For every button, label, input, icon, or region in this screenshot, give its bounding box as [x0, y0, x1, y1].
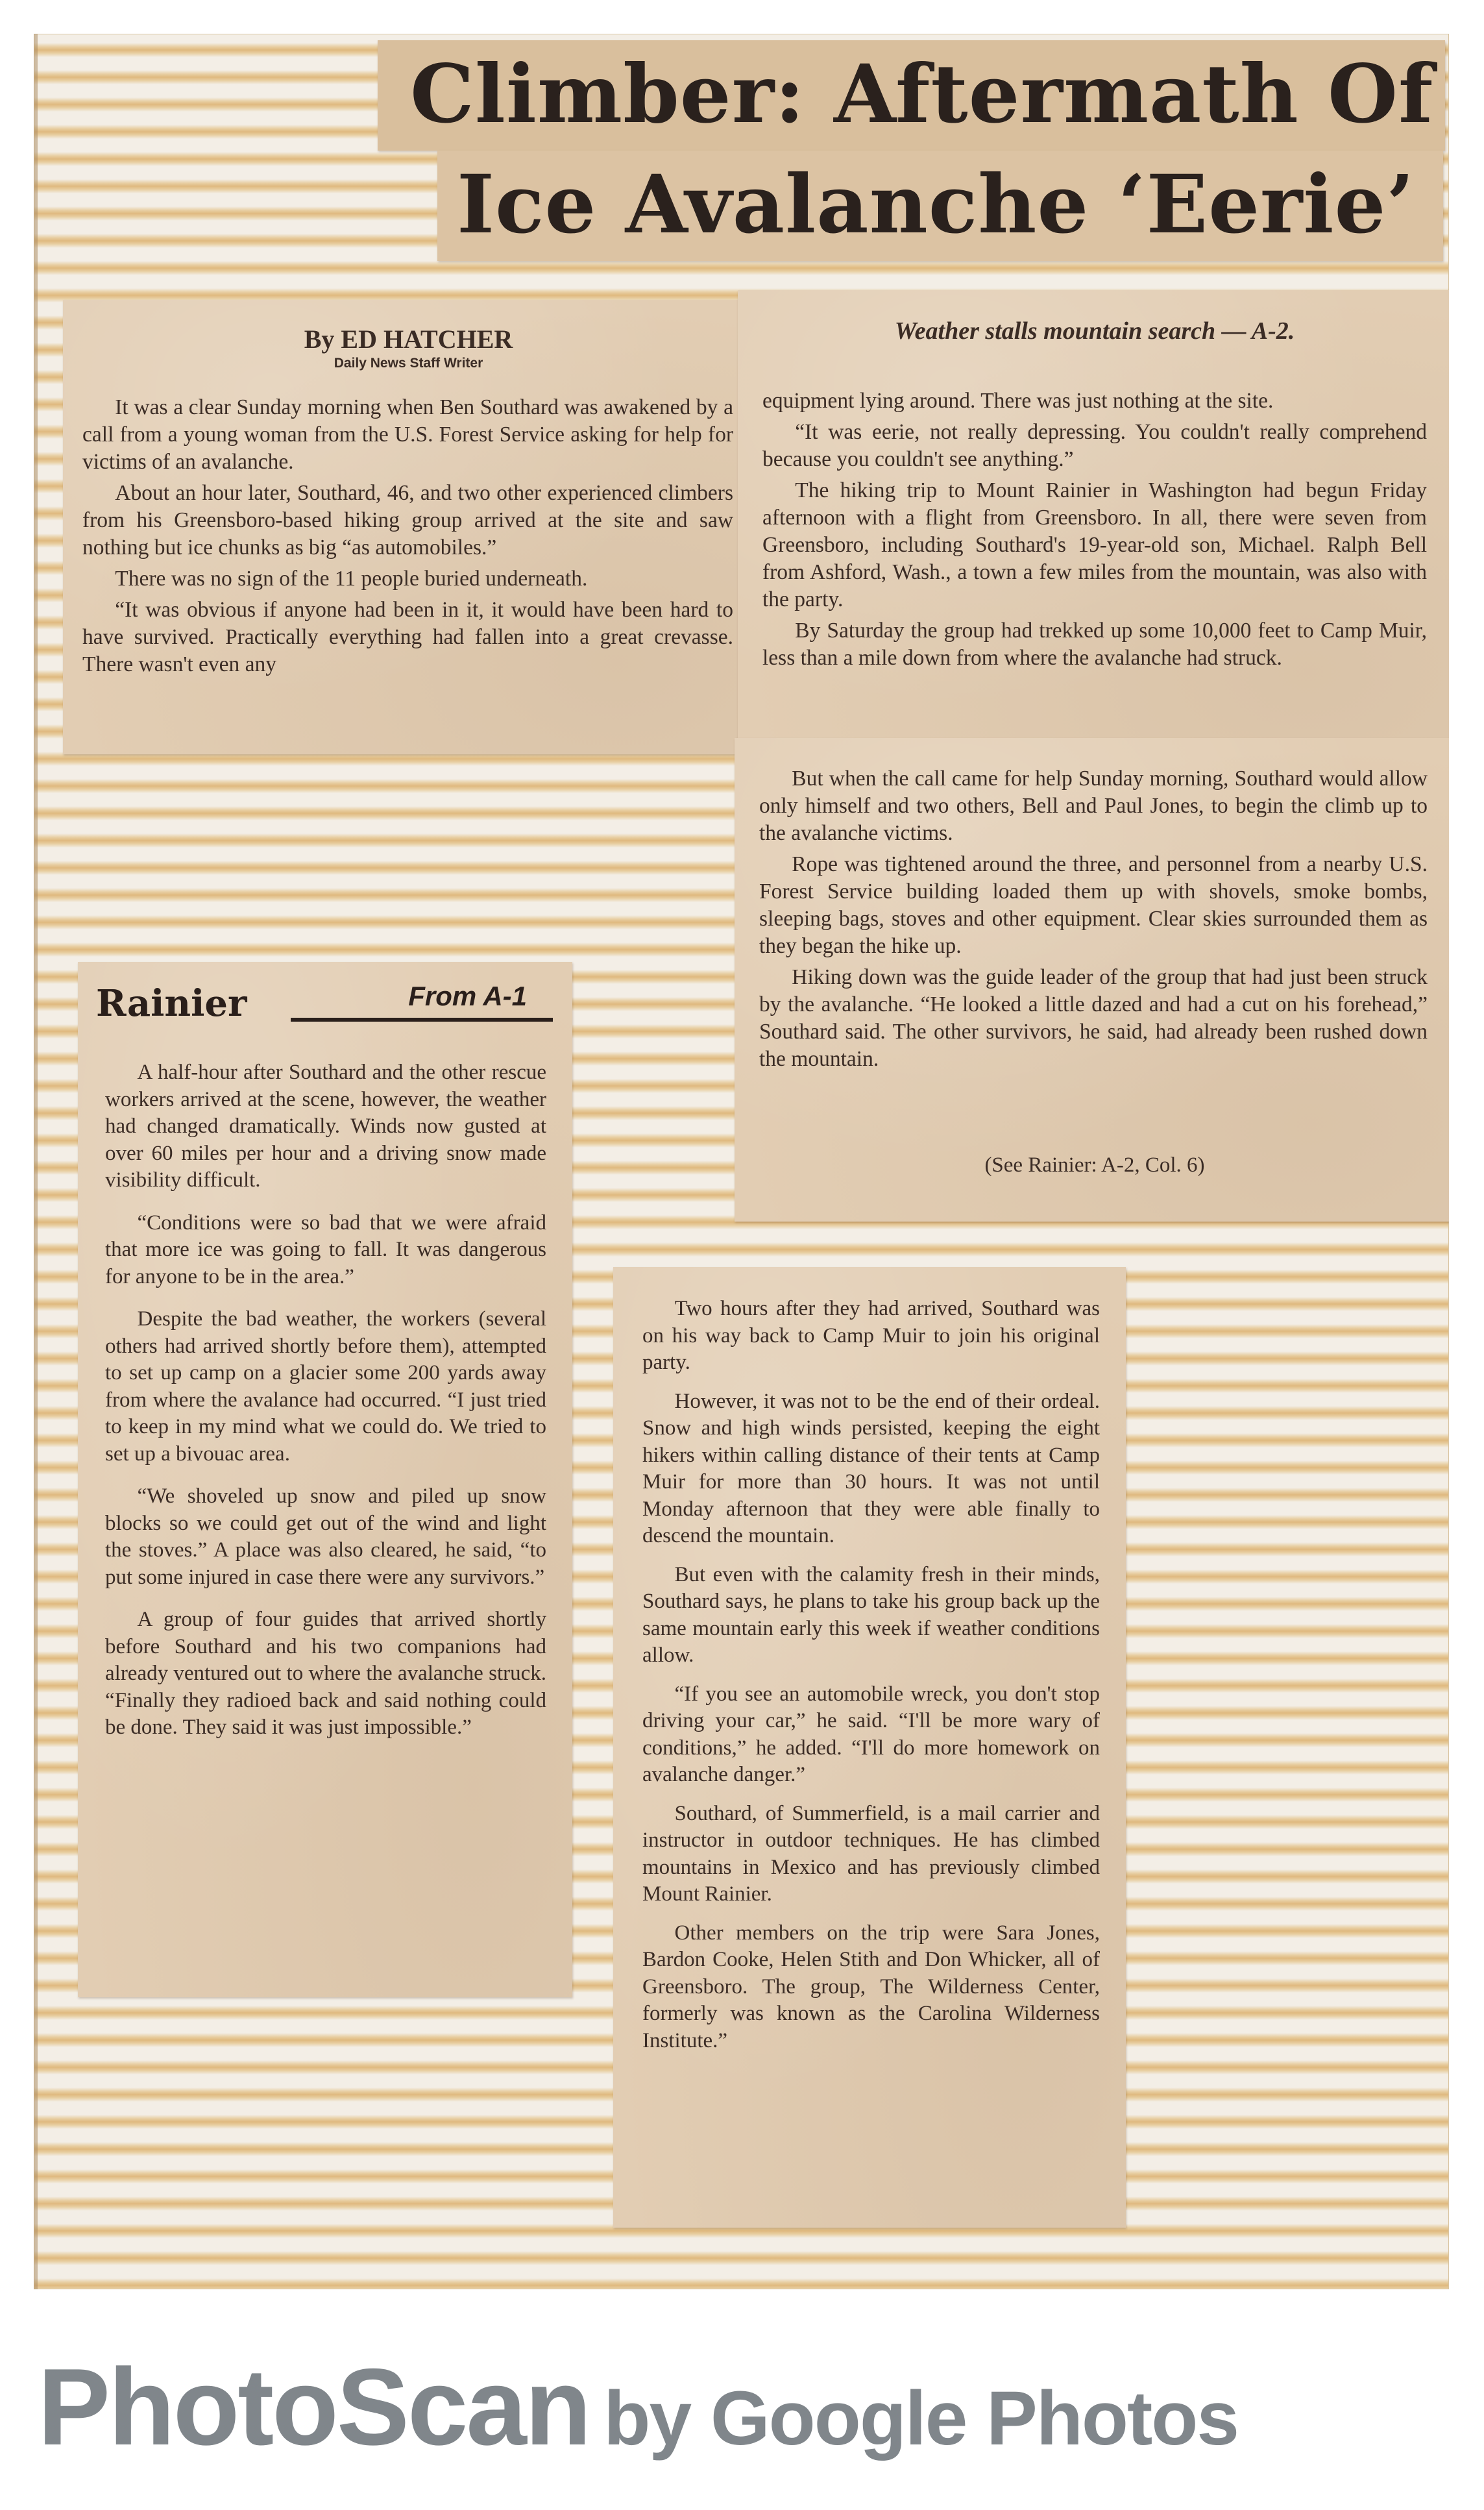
paragraph: Rope was tightened around the three, and…	[759, 851, 1428, 960]
paragraph: It was a clear Sunday morning when Ben S…	[82, 394, 733, 476]
paragraph: “Conditions were so bad that we were afr…	[105, 1210, 546, 1291]
column-1-body: It was a clear Sunday morning when Ben S…	[82, 394, 733, 678]
paragraph: equipment lying around. There was just n…	[762, 388, 1427, 415]
photoscan-watermark: PhotoScanby Google Photos	[38, 2344, 1238, 2470]
jump-header: Rainier From A-1	[96, 978, 553, 1029]
brand-tagline: by Google Photos	[603, 2376, 1238, 2461]
rainier-jump-clipping: Rainier From A-1 A half-hour after South…	[78, 962, 572, 1997]
paragraph: Two hours after they had arrived, Southa…	[642, 1296, 1100, 1377]
paragraph: Other members on the trip were Sara Jone…	[642, 1920, 1100, 2055]
column-2-bottom-body: But when the call came for help Sunday m…	[759, 765, 1428, 1073]
article-column-2-top: Weather stalls mountain search — A-2. eq…	[738, 290, 1449, 767]
paragraph: But even with the calamity fresh in thei…	[642, 1562, 1100, 1669]
byline-author: By ED HATCHER	[63, 325, 754, 354]
paragraph: “It was eerie, not really depressing. Yo…	[762, 419, 1427, 473]
headline-clipping-1: Climber: Aftermath Of	[378, 40, 1445, 151]
jump-rule-divider	[291, 1018, 553, 1022]
jump-from-label: From A-1	[408, 980, 527, 1013]
paragraph: Despite the bad weather, the workers (se…	[105, 1306, 546, 1468]
paragraph: The hiking trip to Mount Rainier in Wash…	[762, 477, 1427, 613]
byline: By ED HATCHER Daily News Staff Writer	[63, 325, 754, 373]
paragraph: A group of four guides that arrived shor…	[105, 1606, 546, 1741]
rainier-body: A half-hour after Southard and the other…	[105, 1059, 546, 1741]
article-column-1: By ED HATCHER Daily News Staff Writer It…	[63, 300, 754, 754]
column-2-top-body: equipment lying around. There was just n…	[762, 388, 1427, 672]
paragraph: About an hour later, Southard, 46, and t…	[82, 480, 733, 561]
headline-line-2: Ice Avalanche ‘Eerie’	[457, 160, 1415, 251]
headline-clipping-2: Ice Avalanche ‘Eerie’	[437, 151, 1443, 261]
paragraph: Hiking down was the guide leader of the …	[759, 964, 1428, 1073]
paragraph: There was no sign of the 11 people burie…	[82, 565, 733, 593]
paragraph: “We shoveled up snow and piled up snow b…	[105, 1483, 546, 1591]
paragraph: By Saturday the group had trekked up som…	[762, 617, 1427, 672]
paragraph: “It was obvious if anyone had been in it…	[82, 597, 733, 678]
paragraph: “If you see an automobile wreck, you don…	[642, 1681, 1100, 1789]
article-column-3: Two hours after they had arrived, Southa…	[613, 1267, 1126, 2228]
brand-name: PhotoScan	[38, 2346, 589, 2468]
paragraph: A half-hour after Southard and the other…	[105, 1059, 546, 1194]
paragraph: However, it was not to be the end of the…	[642, 1388, 1100, 1550]
column-3-body: Two hours after they had arrived, Southa…	[642, 1296, 1100, 2054]
paragraph: Southard, of Summerfield, is a mail carr…	[642, 1801, 1100, 1908]
teaser-line: Weather stalls mountain search — A-2.	[738, 316, 1449, 346]
byline-title: Daily News Staff Writer	[63, 354, 754, 373]
scanned-clipping-board: Climber: Aftermath Of Ice Avalanche ‘Eer…	[34, 34, 1449, 2289]
board-edge	[34, 34, 38, 2289]
continuation-note: (See Rainier: A-2, Col. 6)	[735, 1153, 1449, 1177]
paragraph: But when the call came for help Sunday m…	[759, 765, 1428, 847]
article-column-2-bottom: But when the call came for help Sunday m…	[735, 738, 1449, 1222]
jump-title: Rainier	[96, 978, 247, 1029]
headline-line-1: Climber: Aftermath Of	[410, 49, 1433, 140]
